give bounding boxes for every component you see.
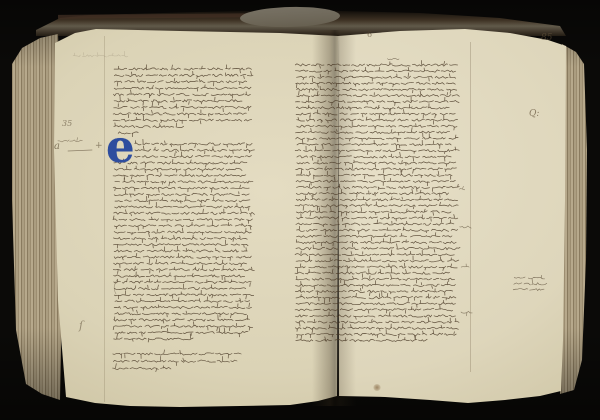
right-margin-q-mark: Q: bbox=[529, 110, 539, 119]
left-margin-number-mark: 35 bbox=[62, 120, 72, 128]
left-margin-a-mark: a bbox=[54, 142, 60, 152]
right-page-ruling-line bbox=[470, 42, 471, 372]
left-page-crease bbox=[104, 36, 105, 402]
quire-mark: 6 bbox=[367, 31, 372, 39]
folio-number: 85 bbox=[541, 34, 552, 43]
decorated-initial: e bbox=[106, 124, 135, 169]
left-margin-long-s-mark: ſ bbox=[79, 320, 83, 331]
ink-stain bbox=[373, 384, 381, 391]
manuscript-photo: e 35 a + ſ 85 6 Q: bbox=[0, 0, 600, 420]
left-margin-cross-mark: + bbox=[95, 142, 103, 151]
